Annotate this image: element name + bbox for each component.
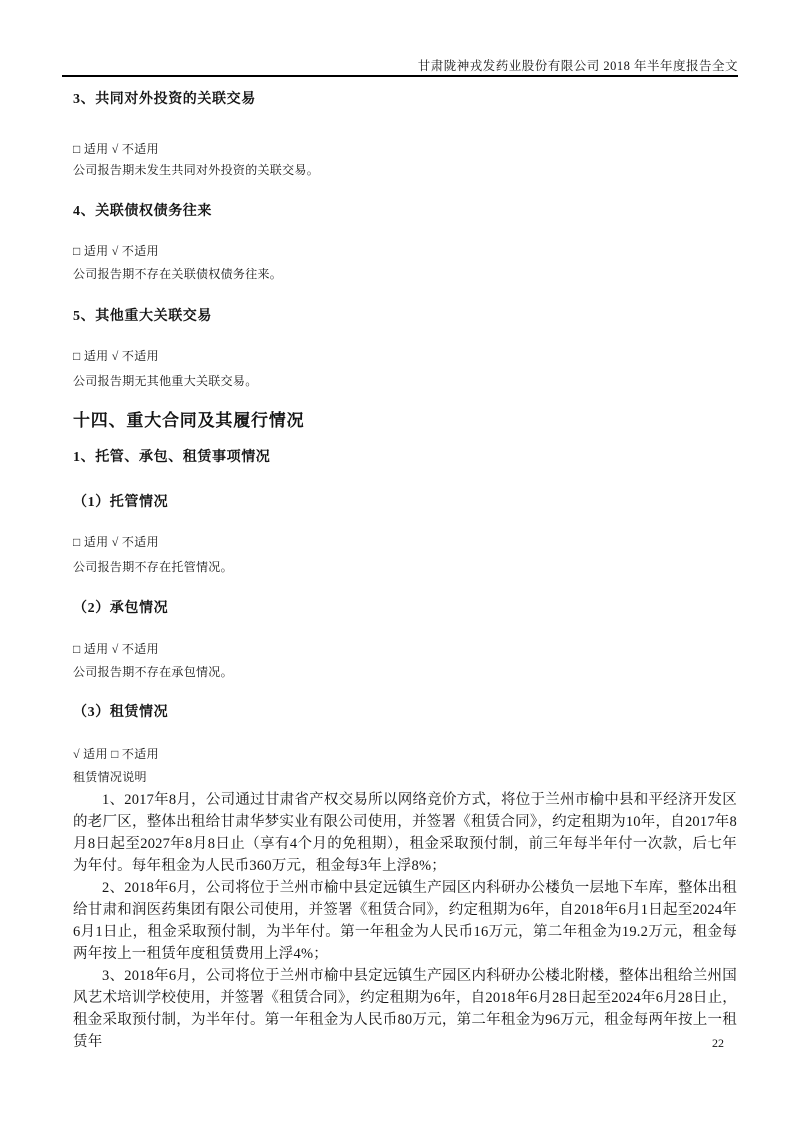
report-page: { "header": { "title": "甘肃陇神戎发药业股份有限公司 2…: [0, 0, 793, 1122]
section-4-applicability: □ 适用 √ 不适用: [73, 243, 737, 259]
chapter-14-heading: 十四、重大合同及其履行情况: [73, 410, 737, 432]
page-number: 22: [698, 1036, 738, 1051]
section-4-note: 公司报告期不存在关联债权债务往来。: [73, 266, 737, 282]
leasing-note-label: 租赁情况说明: [73, 769, 737, 785]
section-5-heading: 5、其他重大关联交易: [73, 308, 737, 326]
custody-heading: （1）托管情况: [73, 494, 737, 512]
section-3-note: 公司报告期未发生共同对外投资的关联交易。: [73, 162, 737, 178]
lease-paragraph-2: 2、2018年6月，公司将位于兰州市榆中县定远镇生产园区内科研办公楼负一层地下车…: [73, 877, 737, 965]
section-5-applicability: □ 适用 √ 不适用: [73, 348, 737, 364]
section-5-note: 公司报告期无其他重大关联交易。: [73, 373, 737, 389]
custody-note: 公司报告期不存在托管情况。: [73, 559, 737, 575]
leasing-applicability: √ 适用 □ 不适用: [73, 746, 737, 762]
leasing-heading: （3）租赁情况: [73, 704, 737, 722]
subsection-1-heading: 1、托管、承包、租赁事项情况: [73, 449, 737, 467]
header-rule: [62, 75, 738, 77]
section-3-applicability: □ 适用 √ 不适用: [73, 141, 737, 157]
contracting-heading: （2）承包情况: [73, 600, 737, 618]
lease-paragraph-1: 1、2017年8月，公司通过甘肃省产权交易所以网络竞价方式，将位于兰州市榆中县和…: [73, 789, 737, 877]
lease-paragraph-3: 3、2018年6月，公司将位于兰州市榆中县定远镇生产园区内科研办公楼北附楼，整体…: [73, 965, 737, 1053]
custody-applicability: □ 适用 √ 不适用: [73, 534, 737, 550]
report-header-title: 甘肃陇神戎发药业股份有限公司 2018 年半年度报告全文: [62, 58, 738, 74]
leasing-paragraphs: 1、2017年8月，公司通过甘肃省产权交易所以网络竞价方式，将位于兰州市榆中县和…: [73, 789, 737, 1053]
section-4-heading: 4、关联债权债务往来: [73, 203, 737, 221]
contracting-note: 公司报告期不存在承包情况。: [73, 664, 737, 680]
section-3-heading: 3、共同对外投资的关联交易: [73, 91, 737, 109]
contracting-applicability: □ 适用 √ 不适用: [73, 641, 737, 657]
